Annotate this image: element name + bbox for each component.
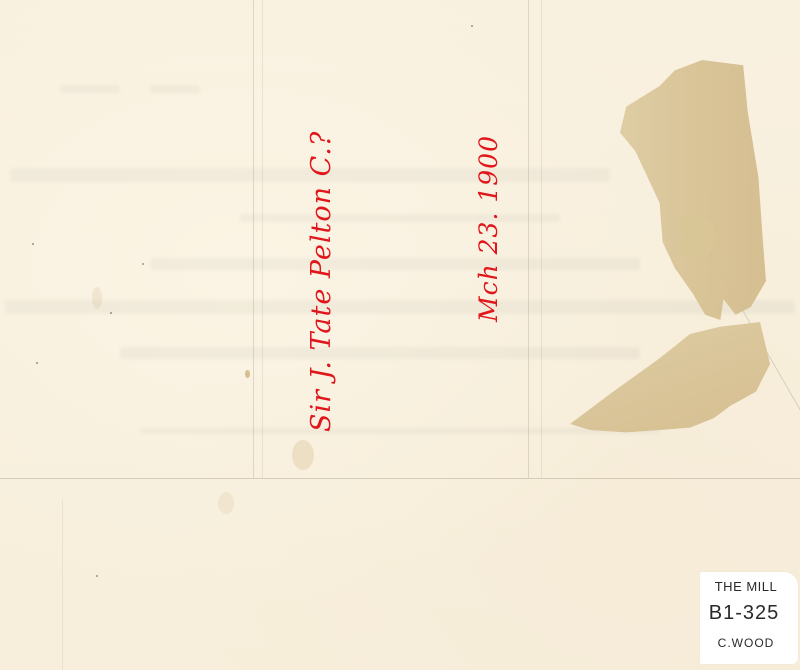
show-through-text bbox=[140, 428, 660, 434]
document-sheet: Sir J. Tate Pelton C.? Mch 23. 1900 THE … bbox=[0, 0, 800, 670]
show-through-text bbox=[150, 258, 640, 270]
show-through-text bbox=[150, 85, 200, 93]
speck bbox=[471, 25, 473, 27]
fold-line-left-inner bbox=[262, 0, 263, 478]
foxing-stain bbox=[245, 370, 250, 378]
show-through-text bbox=[240, 214, 560, 222]
speck bbox=[32, 243, 34, 245]
catalog-collection: THE MILL bbox=[700, 579, 792, 594]
speck bbox=[96, 575, 98, 577]
speck bbox=[36, 362, 38, 364]
show-through-text bbox=[120, 347, 640, 359]
foxing-stain bbox=[292, 440, 314, 470]
fold-line-right bbox=[528, 0, 529, 478]
handwritten-addressee: Sir J. Tate Pelton C.? bbox=[306, 131, 337, 432]
fold-line-lower bbox=[62, 500, 63, 670]
speck bbox=[142, 263, 144, 265]
paper-residue-top bbox=[614, 60, 766, 320]
catalog-number: B1-325 bbox=[700, 602, 788, 625]
fold-line-left bbox=[253, 0, 254, 478]
water-stain bbox=[218, 492, 234, 514]
handwritten-date: Mch 23. 1900 bbox=[474, 135, 503, 322]
speck bbox=[110, 312, 112, 314]
fold-line-right-inner bbox=[541, 0, 542, 478]
paper-residue-bottom bbox=[570, 322, 770, 442]
show-through-text bbox=[5, 300, 795, 314]
catalog-label: THE MILL B1-325 C.WOOD bbox=[700, 572, 798, 664]
fold-line-horizontal bbox=[0, 478, 800, 479]
catalog-creator: C.WOOD bbox=[700, 636, 792, 650]
water-stain bbox=[92, 287, 102, 309]
show-through-text bbox=[60, 85, 120, 93]
